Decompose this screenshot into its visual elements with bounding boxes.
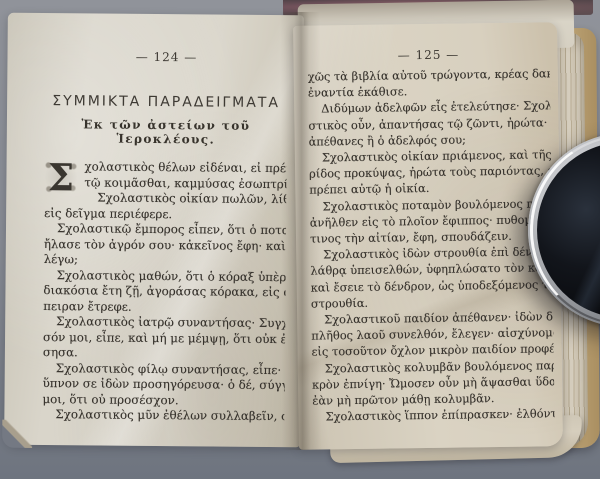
paragraph: Σχολαστικῷ ἔμπορος εἶπεν, ὅτι ὁ ποταμὸςἤ… bbox=[44, 221, 286, 270]
paragraph: Διδύμων ἀδελφῶν εἷς ἐτελεύτησε· Σχολα-στ… bbox=[308, 98, 551, 150]
paragraph: Σχολαστικὸς κολυμβᾶν βουλόμενος παρὰ μι-… bbox=[312, 357, 555, 409]
paragraph: Σχολαστικοῦ παιδίον ἀπέθανεν· ἰδὼν δὲπλῆ… bbox=[311, 308, 554, 360]
paragraph: Σχολαστικὸς φίλῳ συναντήσας, εἶπε· Καθ’ὕ… bbox=[42, 361, 284, 410]
right-page-content: — 125 — χῶς τὰ βιβλία αὐτοῦ τρώγοντα, κρ… bbox=[293, 22, 563, 425]
text-line: Σχολαστικῷ ἔμπορος εἶπεν, ὅτι ὁ ποταμὸς bbox=[44, 221, 286, 239]
text-line: ἀνῆλθεν εἰς τὸ πλοῖον ἔφιππος· πυθομένου… bbox=[310, 211, 552, 231]
left-page: — 124 — ΣΥΜΜΙΚΤΑ ΠΑΡΑΔΕΙΓΜΑΤΑ Ἐκ τῶν ἀστ… bbox=[4, 13, 304, 448]
left-page-number: — 124 — bbox=[45, 49, 287, 65]
text-line: ἤλασε τὸν ἀγρόν σου· κἀκεῖνος ἔφη· καὶ τ… bbox=[44, 237, 286, 255]
paragraph: Σχολαστικὸς μαθών, ὅτι ὁ κόραξ ὑπὲρ τὰδι… bbox=[43, 268, 285, 317]
ornate-initial: Σ bbox=[44, 160, 77, 194]
torn-corner bbox=[2, 420, 32, 448]
paragraph: χῶς τὰ βιβλία αὐτοῦ τρώγοντα, κρέας δακώ… bbox=[308, 65, 550, 101]
paragraph: Σχολαστικὸς ἰδὼν στρουθία ἐπὶ δένδρου,λά… bbox=[310, 244, 553, 312]
right-page-number: — 125 — bbox=[307, 46, 549, 63]
text-line: στικὸς οὖν, ἀπαντήσας τῷ ζῶντι, ἠρώτα· Σ… bbox=[308, 114, 550, 134]
paragraph: Σχολαστικὸς οἰκίαν πριάμενος, καὶ τῆς θυ… bbox=[309, 146, 552, 198]
text-line: διακόσια ἔτη ζῇ, ἀγοράσας κόρακα, εἰς ἀπ… bbox=[43, 283, 285, 301]
paragraph: Σχολαστικὸς ἵππον ἐπίπρασκεν· ἐλθόντος δ… bbox=[312, 406, 554, 426]
text-line: ὕπνον σε ἰδὼν προσηγόρευσα· ὁ δέ, σύγγνω… bbox=[43, 376, 285, 394]
paragraph: Σχολαστικὸς ποταμὸν βουλόμενος περάσαι,ἀ… bbox=[309, 195, 552, 247]
text-line: σόν μοι, εἶπε, καὶ μή με μέμψῃ, ὅτι οὐκ … bbox=[43, 330, 285, 348]
book-photo: — 124 — ΣΥΜΜΙΚΤΑ ΠΑΡΑΔΕΙΓΜΑΤΑ Ἐκ τῶν ἀστ… bbox=[0, 0, 600, 479]
page-subtitle: Ἐκ τῶν ἀστείων τοῦ Ἱεροκλέους. bbox=[45, 117, 287, 147]
paragraph: Σχολαστικὸς ἰατρῷ συναντήσας· Συγχώρη-σό… bbox=[43, 314, 285, 363]
paragraph: Σχολαστικὸς μῦν ἐθέλων συλλαβεῖν, συνε- bbox=[42, 407, 284, 425]
paragraph: Σχολαστικὸς οἰκίαν πωλῶν, λίθον ἀπ’ αὐτῆ… bbox=[44, 190, 286, 223]
page-title: ΣΥΜΜΙΚΤΑ ΠΑΡΑΔΕΙΓΜΑΤΑ bbox=[45, 93, 287, 111]
left-page-content: — 124 — ΣΥΜΜΙΚΤΑ ΠΑΡΑΔΕΙΓΜΑΤΑ Ἐκ τῶν ἀστ… bbox=[4, 13, 304, 425]
text-line: Σχολαστικὸς ἰατρῷ συναντήσας· Συγχώρη- bbox=[43, 314, 285, 332]
text-line: Σχολαστικὸς ἵππον ἐπίπρασκεν· ἐλθόντος δ… bbox=[312, 406, 554, 426]
text-line: Σχολαστικὸς μῦν ἐθέλων συλλαβεῖν, συνε- bbox=[42, 407, 284, 425]
text-line: καὶ ἔσειε τὸ δένδρον, ὡς ὑποδεξόμενος τὰ bbox=[311, 276, 553, 296]
right-page: — 125 — χῶς τὰ βιβλία αὐτοῦ τρώγοντα, κρ… bbox=[293, 22, 563, 450]
right-page-text: χῶς τὰ βιβλία αὐτοῦ τρώγοντα, κρέας δακώ… bbox=[308, 65, 555, 425]
left-page-text: Σχολαστικὸς θέλων εἰδέναι, εἰ πρέπει αὐ-… bbox=[42, 159, 286, 425]
paragraph: Σχολαστικὸς θέλων εἰδέναι, εἰ πρέπει αὐ-… bbox=[44, 159, 286, 192]
text-line: κρὸν ἐπνίγη· Ὤμοσεν οὖν μὴ ἅψασθαι ὕδατο… bbox=[312, 373, 554, 393]
